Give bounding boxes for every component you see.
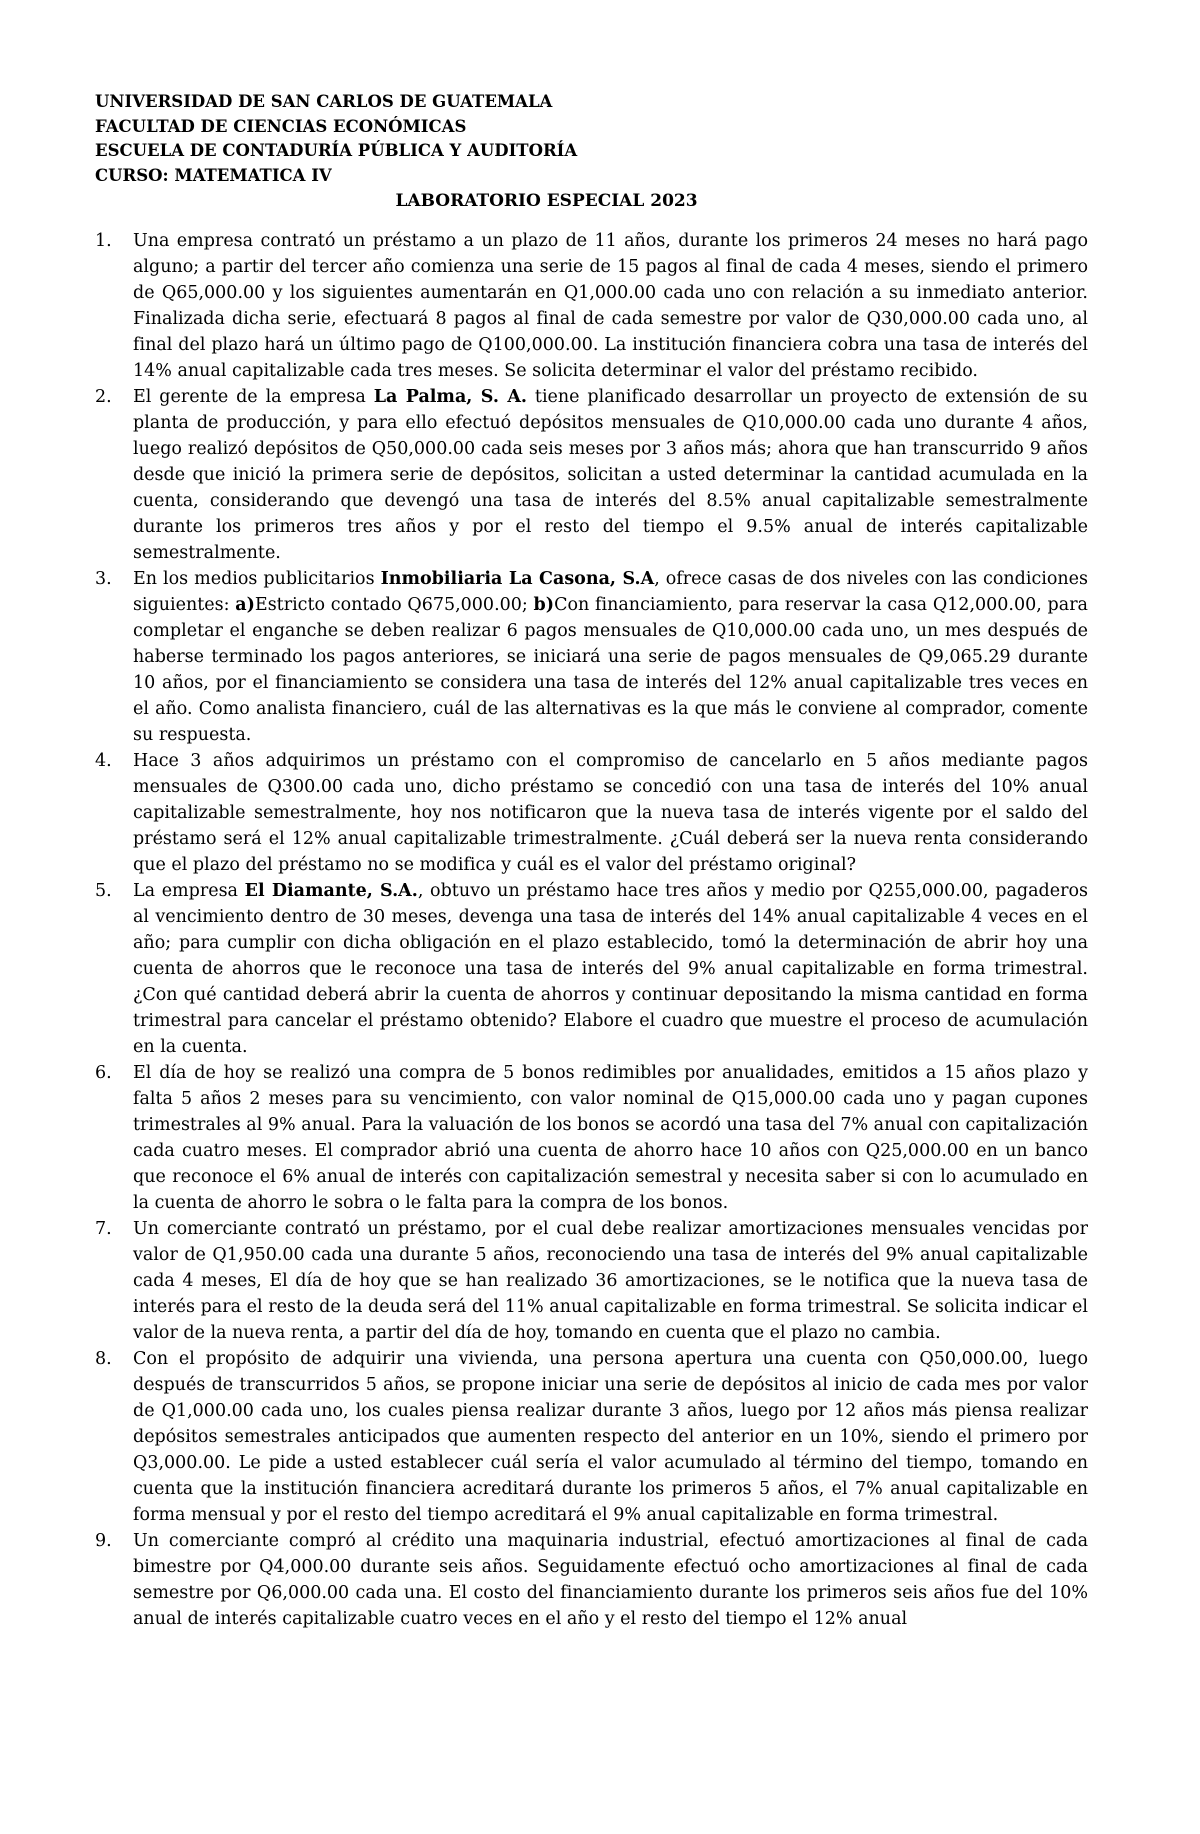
- problem-item: 4. Hace 3 años adquirimos un préstamo co…: [95, 748, 1088, 878]
- text-segment: Hace 3 años adquirimos un préstamo con e…: [133, 751, 1088, 875]
- header-faculty: FACULTAD DE CIENCIAS ECONÓMICAS: [95, 115, 1088, 140]
- problem-text: Con el propósito de adquirir una viviend…: [133, 1346, 1088, 1528]
- problem-text: Un comerciante contrató un préstamo, por…: [133, 1216, 1088, 1346]
- text-segment: El gerente de la empresa: [133, 387, 374, 407]
- text-segment: La empresa: [133, 881, 245, 901]
- problem-number: 4.: [95, 748, 133, 774]
- text-segment: Estricto contado Q675,000.00;: [255, 595, 534, 615]
- problem-item: 1. Una empresa contrató un préstamo a un…: [95, 228, 1088, 384]
- text-segment: Un comerciante contrató un préstamo, por…: [133, 1219, 1088, 1343]
- problem-text: El gerente de la empresa La Palma, S. A.…: [133, 384, 1088, 566]
- header-university: UNIVERSIDAD DE SAN CARLOS DE GUATEMALA: [95, 90, 1088, 115]
- text-segment: La Palma, S. A.: [374, 387, 527, 407]
- problem-number: 3.: [95, 566, 133, 592]
- problem-number: 1.: [95, 228, 133, 254]
- problem-item: 2. El gerente de la empresa La Palma, S.…: [95, 384, 1088, 566]
- problem-item: 6. El día de hoy se realizó una compra d…: [95, 1060, 1088, 1216]
- document-page: UNIVERSIDAD DE SAN CARLOS DE GUATEMALA F…: [0, 0, 1200, 1834]
- problem-number: 8.: [95, 1346, 133, 1372]
- problem-number: 2.: [95, 384, 133, 410]
- problem-number: 9.: [95, 1528, 133, 1554]
- problem-text: Un comerciante compró al crédito una maq…: [133, 1528, 1088, 1632]
- problem-text: Una empresa contrató un préstamo a un pl…: [133, 228, 1088, 384]
- problem-item: 5. La empresa El Diamante, S.A., obtuvo …: [95, 878, 1088, 1060]
- text-segment: , obtuvo un préstamo hace tres años y me…: [133, 881, 1088, 1057]
- problem-text: En los medios publicitarios Inmobiliaria…: [133, 566, 1088, 748]
- header-school: ESCUELA DE CONTADURÍA PÚBLICA Y AUDITORÍ…: [95, 139, 1088, 164]
- text-segment: En los medios publicitarios: [133, 569, 381, 589]
- problem-text: La empresa El Diamante, S.A., obtuvo un …: [133, 878, 1088, 1060]
- text-segment: Una empresa contrató un préstamo a un pl…: [133, 231, 1088, 381]
- text-segment: tiene planificado desarrollar un proyect…: [133, 387, 1088, 563]
- text-segment: El día de hoy se realizó una compra de 5…: [133, 1063, 1088, 1213]
- problem-text: Hace 3 años adquirimos un préstamo con e…: [133, 748, 1088, 878]
- text-segment: Inmobiliaria La Casona, S.A: [381, 569, 655, 589]
- header-course: CURSO: MATEMATICA IV: [95, 164, 1088, 189]
- problem-number: 6.: [95, 1060, 133, 1086]
- text-segment: El Diamante, S.A.: [245, 881, 418, 901]
- problem-item: 8. Con el propósito de adquirir una vivi…: [95, 1346, 1088, 1528]
- problem-number: 7.: [95, 1216, 133, 1242]
- problem-text: El día de hoy se realizó una compra de 5…: [133, 1060, 1088, 1216]
- problem-item: 7. Un comerciante contrató un préstamo, …: [95, 1216, 1088, 1346]
- text-segment: b): [534, 595, 555, 615]
- problem-number: 5.: [95, 878, 133, 904]
- problem-item: 9. Un comerciante compró al crédito una …: [95, 1528, 1088, 1632]
- problem-item: 3. En los medios publicitarios Inmobilia…: [95, 566, 1088, 748]
- document-title: LABORATORIO ESPECIAL 2023: [95, 189, 1088, 214]
- document-header: UNIVERSIDAD DE SAN CARLOS DE GUATEMALA F…: [95, 90, 1088, 188]
- text-segment: Con financiamiento, para reservar la cas…: [133, 595, 1088, 745]
- problems-list: 1. Una empresa contrató un préstamo a un…: [95, 228, 1088, 1632]
- text-segment: a): [235, 595, 255, 615]
- text-segment: Un comerciante compró al crédito una maq…: [133, 1531, 1088, 1629]
- text-segment: Con el propósito de adquirir una viviend…: [133, 1349, 1088, 1525]
